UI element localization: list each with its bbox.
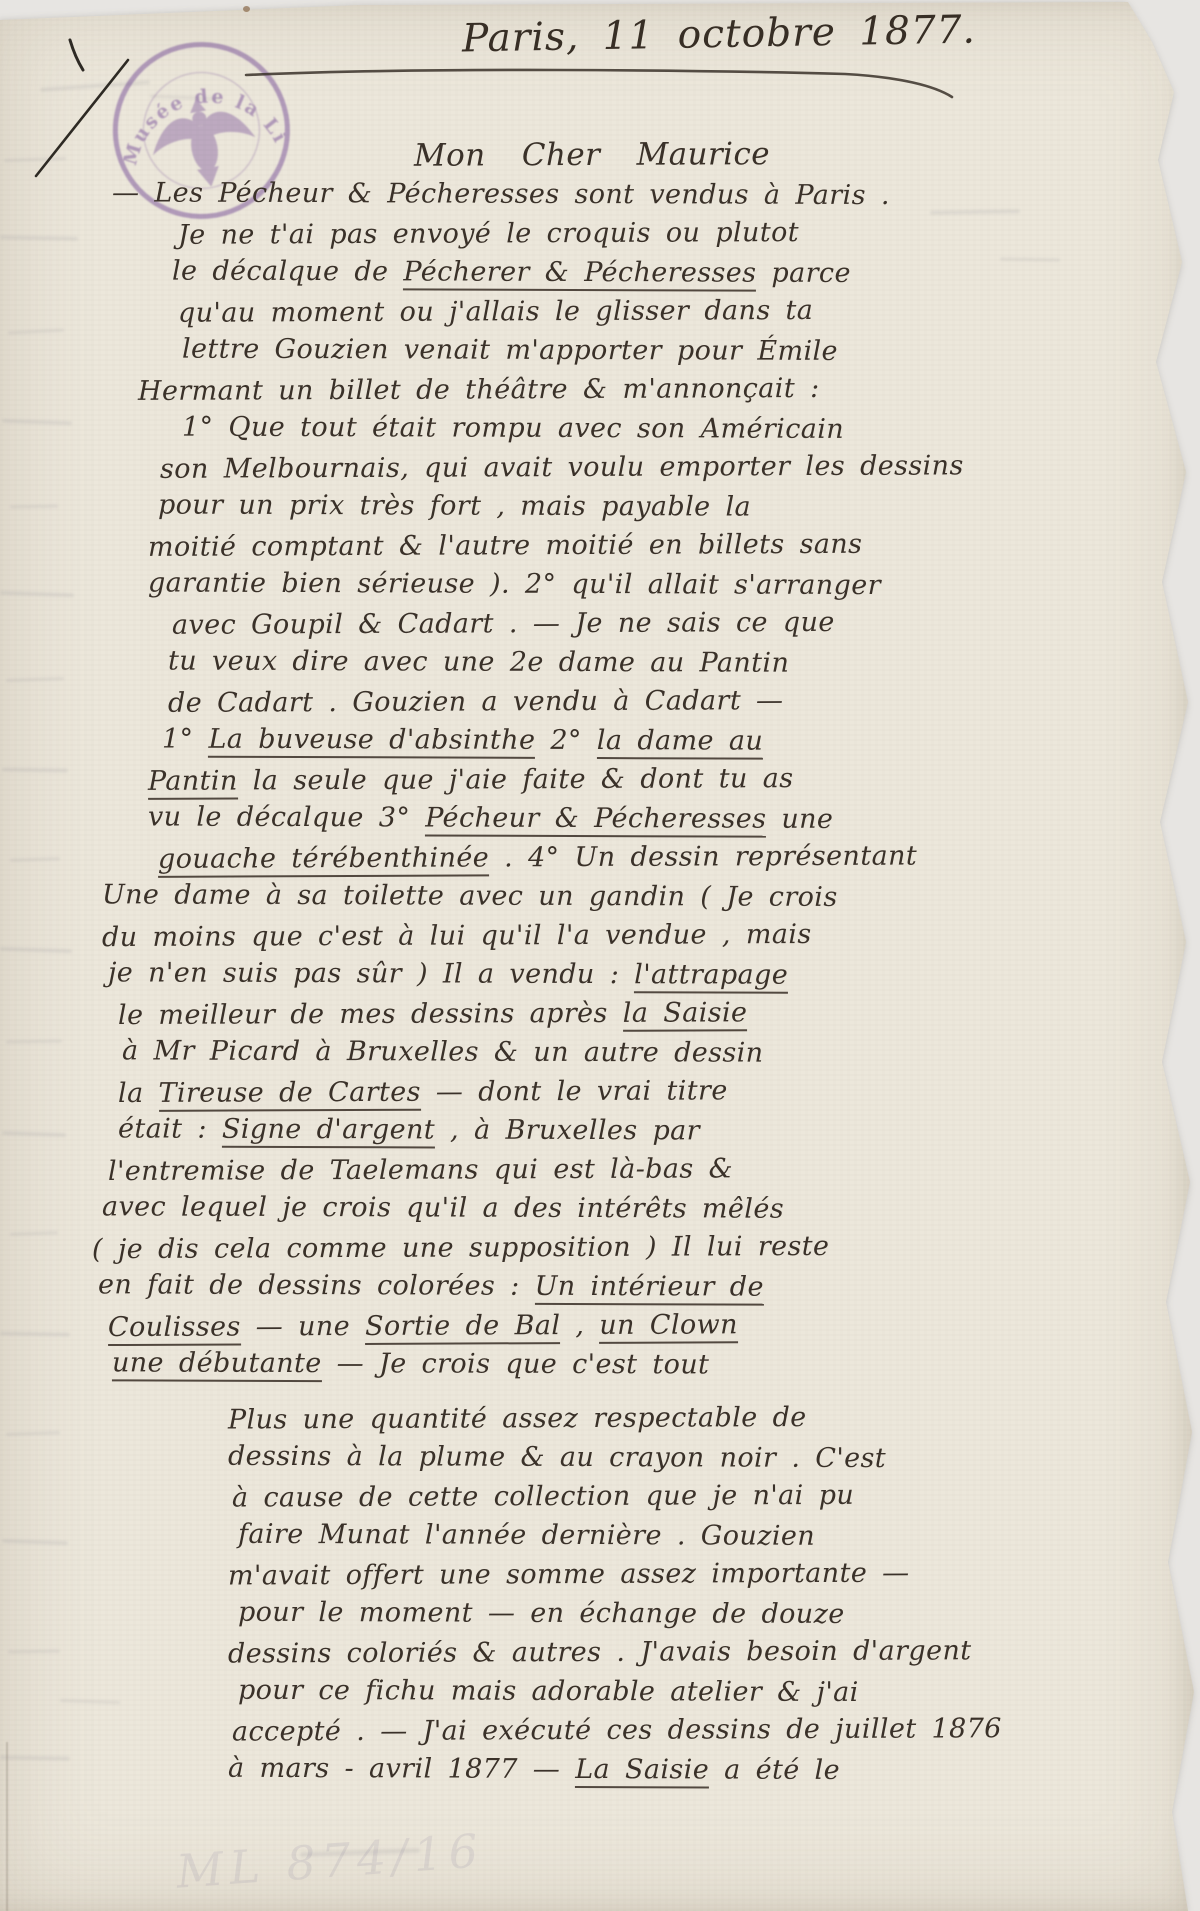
salutation: Mon Cher Maurice	[0, 133, 1160, 177]
letter-line: je n'en suis pas sûr ) Il a vendu : l'at…	[0, 953, 1160, 996]
underlined-phrase: Pécheur & Pécheresses	[425, 802, 766, 837]
text-segment: je n'en suis pas sûr ) Il a vendu :	[108, 957, 634, 990]
letter-line: accepté . — J'ai exécuté ces dessins de …	[0, 1708, 1160, 1752]
text-segment: accepté . — J'ai exécuté ces dessins de …	[232, 1713, 1002, 1747]
underlined-phrase: une débutante	[112, 1347, 322, 1382]
letter-line: à mars - avril 1877 — La Saisie a été le	[0, 1748, 1160, 1791]
letter-line: Une dame à sa toilette avec un gandin ( …	[0, 875, 1160, 918]
letter-line: avec lequel je crois qu'il a des intérêt…	[0, 1187, 1160, 1230]
text-segment: garantie bien sérieuse ). 2° qu'il allai…	[148, 567, 881, 601]
letter-line: la Tireuse de Cartes — dont le vrai titr…	[0, 1069, 1160, 1113]
text-segment: qu'au moment ou j'allais le glisser dans…	[178, 295, 813, 329]
underlined-phrase: la dame au	[597, 725, 763, 760]
underlined-phrase: l'attrapage	[634, 959, 788, 994]
text-segment: 1° Que tout était rompu avec son América…	[182, 412, 844, 445]
letter-line: une débutante — Je crois que c'est tout	[0, 1343, 1160, 1386]
letter-line: faire Munat l'année dernière . Gouzien	[0, 1514, 1160, 1557]
letter-line: Je ne t'ai pas envoyé le croquis ou plut…	[0, 211, 1160, 255]
letter-line: m'avait offert une somme assez important…	[0, 1552, 1160, 1596]
text-segment: moitié comptant & l'autre moitié en bill…	[148, 529, 863, 563]
letter-line: du moins que c'est à lui qu'il l'a vendu…	[0, 913, 1160, 957]
letter-line: garantie bien sérieuse ). 2° qu'il allai…	[0, 563, 1160, 606]
underlined-phrase: Sortie de Bal	[365, 1310, 560, 1345]
letter-body: Mon Cher Maurice— Les Pécheur & Pécheres…	[0, 136, 1160, 1789]
text-segment: ,	[560, 1310, 599, 1341]
letter-line: gouache térébenthinée . 4° Un dessin rep…	[0, 835, 1160, 879]
underlined-phrase: Signe d'argent	[222, 1114, 435, 1149]
text-segment: dessins à la plume & au crayon noir . C'…	[228, 1441, 886, 1474]
text-segment: — une	[241, 1311, 365, 1343]
text-segment: à Mr Picard à Bruxelles & un autre dessi…	[122, 1035, 764, 1068]
paper-speck	[243, 6, 250, 12]
letter-line: Pantin la seule que j'aie faite & dont t…	[0, 757, 1160, 801]
text-segment: du moins que c'est à lui qu'il l'a vendu…	[102, 919, 812, 953]
letter-line: ( je dis cela comme une supposition ) Il…	[0, 1225, 1160, 1269]
text-segment: . 4° Un dessin représentant	[489, 841, 917, 874]
text-segment: lettre Gouzien venait m'apporter pour Ém…	[182, 334, 838, 367]
underlined-phrase: Un intérieur de	[535, 1271, 764, 1306]
text-segment: en fait de dessins colorées :	[98, 1269, 535, 1302]
letter-line: en fait de dessins colorées : Un intérie…	[0, 1265, 1160, 1308]
text-segment: à cause de cette collection que je n'ai …	[232, 1480, 854, 1514]
letter-line: lettre Gouzien venait m'apporter pour Ém…	[0, 329, 1160, 372]
underlined-phrase: Pécherer & Pécheresses	[403, 256, 756, 291]
letter-line: le décalque de Pécherer & Pécheresses pa…	[0, 251, 1160, 294]
letter-line: pour ce fichu mais adorable atelier & j'…	[0, 1670, 1160, 1713]
text-segment: son Melbournais, qui avait voulu emporte…	[160, 450, 964, 485]
text-segment: — Les Pécheur & Pécheresses sont vendus …	[112, 177, 890, 211]
text-segment: le meilleur de mes dessins après	[118, 998, 623, 1031]
letter-line: pour le moment — en échange de douze	[0, 1592, 1160, 1635]
text-segment: avec lequel je crois qu'il a des intérêt…	[102, 1191, 784, 1224]
letter-line: moitié comptant & l'autre moitié en bill…	[0, 523, 1160, 567]
underlined-phrase: Tireuse de Cartes	[158, 1077, 420, 1112]
text-segment: , à Bruxelles par	[435, 1114, 700, 1146]
underlined-phrase: la Saisie	[623, 997, 748, 1032]
text-segment: avec Goupil & Cadart . — Je ne sais ce q…	[172, 607, 835, 641]
letter-line: pour un prix très fort , mais payable la	[0, 485, 1160, 528]
text-segment: parce	[756, 258, 850, 289]
letter-line: Plus une quantité assez respectable de	[0, 1396, 1160, 1440]
text-segment: 1°	[162, 724, 209, 755]
dateline: Paris, 11 octobre 1877.	[462, 8, 977, 62]
text-segment: m'avait offert une somme assez important…	[228, 1558, 910, 1592]
text-segment: Hermant un billet de théâtre & m'annonça…	[138, 373, 820, 407]
letter-line: l'entremise de Taelemans qui est là-bas …	[0, 1147, 1160, 1191]
text-segment: a été le	[709, 1754, 840, 1785]
letter-line: dessins à la plume & au crayon noir . C'…	[0, 1436, 1160, 1479]
text-segment: de Cadart . Gouzien a vendu à Cadart —	[168, 685, 784, 719]
text-segment: à mars - avril 1877 —	[228, 1753, 575, 1785]
text-segment: le décalque de	[172, 256, 404, 288]
text-segment: pour le moment — en échange de douze	[238, 1597, 845, 1630]
letter-line: avec Goupil & Cadart . — Je ne sais ce q…	[0, 601, 1160, 645]
text-segment: pour ce fichu mais adorable atelier & j'…	[238, 1675, 859, 1708]
text-segment: Mon Cher Maurice	[414, 136, 770, 174]
letter-line: le meilleur de mes dessins après la Sais…	[0, 991, 1160, 1035]
letter-line: dessins coloriés & autres . J'avais beso…	[0, 1630, 1160, 1674]
text-segment: tu veux dire avec une 2e dame au Pantin	[168, 646, 789, 679]
underlined-phrase: La Saisie	[575, 1754, 709, 1788]
letter-line: à Mr Picard à Bruxelles & un autre dessi…	[0, 1031, 1160, 1074]
text-segment: — dont le vrai titre	[421, 1075, 728, 1107]
text-segment: Je ne t'ai pas envoyé le croquis ou plut…	[178, 217, 799, 251]
underlined-phrase: un Clown	[599, 1309, 738, 1344]
text-segment: Une dame à sa toilette avec un gandin ( …	[102, 879, 838, 913]
letter-line: était : Signe d'argent , à Bruxelles par	[0, 1109, 1160, 1152]
text-segment: — Je crois que c'est tout	[322, 1348, 710, 1380]
letter-line: 1° La buveuse d'absinthe 2° la dame au	[0, 719, 1160, 762]
letter-line: qu'au moment ou j'allais le glisser dans…	[0, 289, 1160, 333]
underlined-phrase: Pantin	[148, 765, 238, 799]
underlined-phrase: La buveuse d'absinthe	[208, 724, 535, 759]
letter-line: à cause de cette collection que je n'ai …	[0, 1474, 1160, 1518]
letter-line: Hermant un billet de théâtre & m'annonça…	[0, 367, 1160, 411]
underlined-phrase: Coulisses	[108, 1311, 241, 1346]
text-segment: ( je dis cela comme une supposition ) Il…	[92, 1231, 830, 1265]
letter-line: son Melbournais, qui avait voulu emporte…	[0, 445, 1160, 489]
underlined-phrase: gouache térébenthinée	[158, 842, 489, 877]
text-segment: était :	[118, 1113, 222, 1144]
text-segment: une	[766, 804, 833, 835]
text-segment: pour un prix très fort , mais payable la	[158, 490, 751, 523]
text-segment: faire Munat l'année dernière . Gouzien	[238, 1519, 815, 1552]
letter-line: 1° Que tout était rompu avec son América…	[0, 407, 1160, 450]
letter-line: tu veux dire avec une 2e dame au Pantin	[0, 641, 1160, 684]
text-segment: la seule que j'aie faite & dont tu as	[238, 763, 794, 796]
text-segment: la	[118, 1078, 159, 1109]
letter-line: vu le décalque 3° Pécheur & Pécheresses …	[0, 797, 1160, 840]
text-segment: 2°	[535, 725, 597, 756]
text-segment: dessins coloriés & autres . J'avais beso…	[228, 1635, 972, 1669]
letter-line: de Cadart . Gouzien a vendu à Cadart —	[0, 679, 1160, 723]
text-segment: Plus une quantité assez respectable de	[228, 1402, 807, 1436]
letter-line: — Les Pécheur & Pécheresses sont vendus …	[0, 173, 1160, 216]
text-segment: l'entremise de Taelemans qui est là-bas …	[108, 1153, 733, 1187]
text-segment: vu le décalque 3°	[148, 801, 425, 833]
letter-line: Coulisses — une Sortie de Bal , un Clown	[0, 1303, 1160, 1347]
